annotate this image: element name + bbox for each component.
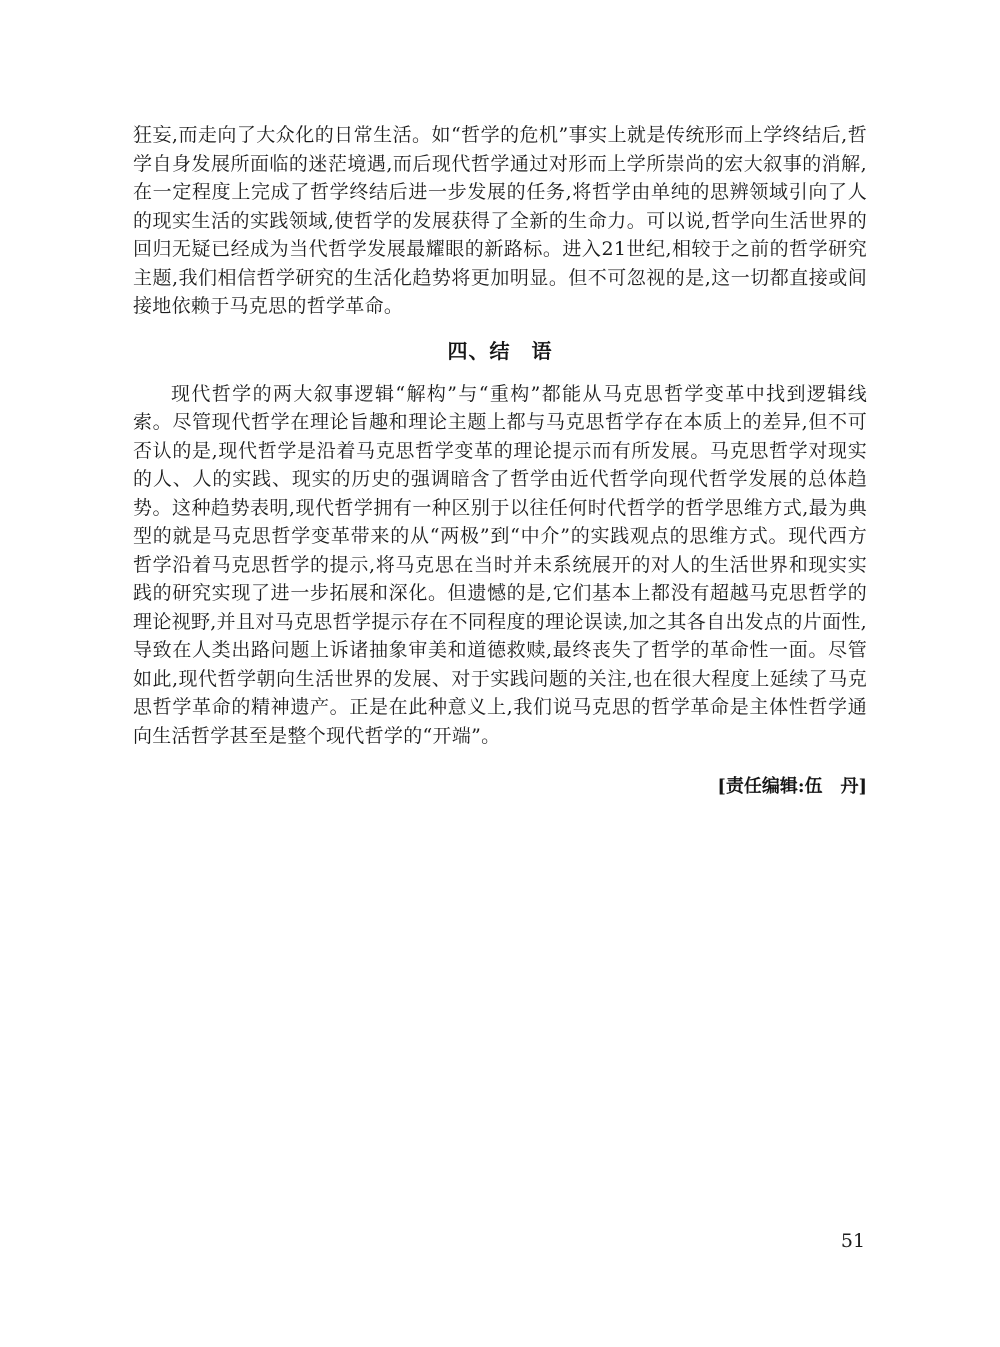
page-number: 51	[838, 1230, 868, 1252]
section-heading-conclusion: 四、结 语	[133, 338, 867, 364]
text-column: 狂妄,而走向了大众化的日常生活。如“哲学的危机”事实上就是传统形而上学终结后,哲…	[133, 121, 867, 798]
document-page: 狂妄,而走向了大众化的日常生活。如“哲学的危机”事实上就是传统形而上学终结后,哲…	[0, 0, 1000, 1347]
editor-note: [责任编辑:伍 丹]	[133, 776, 867, 798]
conclusion-paragraph: 现代哲学的两大叙事逻辑“解构”与“重构”都能从马克思哲学变革中找到逻辑线索。尽管…	[133, 380, 867, 751]
body-paragraph-continued: 狂妄,而走向了大众化的日常生活。如“哲学的危机”事实上就是传统形而上学终结后,哲…	[133, 121, 867, 321]
